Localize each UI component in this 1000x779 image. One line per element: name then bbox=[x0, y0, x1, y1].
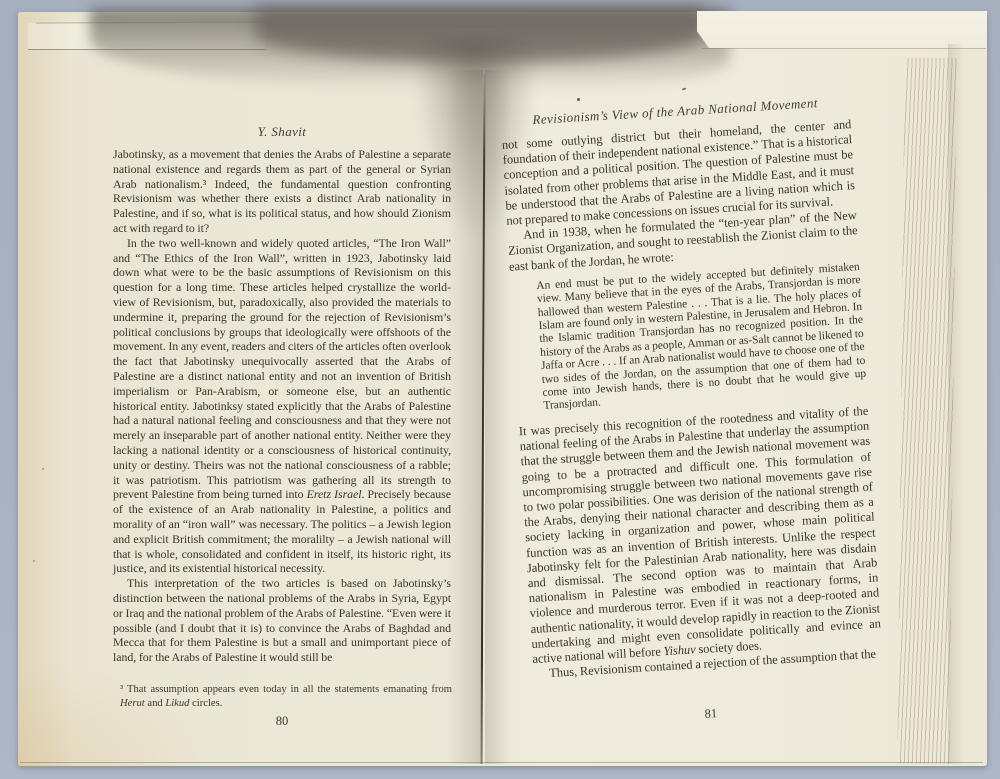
right-outer-edge-shade bbox=[948, 44, 964, 764]
left-page-aged-tint bbox=[18, 12, 73, 766]
footnote: ³ That assumption appears even today in … bbox=[120, 683, 452, 711]
right-page-body: not some outlying district but their hom… bbox=[501, 117, 883, 682]
paragraph: It was precisely this recognition of the… bbox=[518, 404, 882, 668]
left-running-head: Y. Shavit bbox=[113, 124, 451, 140]
block-quotation: An end must be put to the widely accepte… bbox=[536, 261, 867, 414]
ink-speck bbox=[577, 98, 580, 101]
book-scan-background: Y. Shavit Jabotinsky, as a movement that… bbox=[0, 0, 1000, 779]
paragraph: This interpretation of the two articles … bbox=[113, 576, 451, 665]
bottom-page-edge-line bbox=[20, 762, 983, 763]
paragraph: Jabotinsky, as a movement that denies th… bbox=[113, 147, 451, 236]
right-page-number: 81 bbox=[536, 696, 886, 732]
paper-speck bbox=[33, 560, 35, 562]
paper-speck bbox=[42, 468, 44, 470]
top-right-page-edge-shadow bbox=[702, 48, 986, 49]
left-page-body: Jabotinsky, as a movement that denies th… bbox=[113, 147, 451, 665]
gutter-shadow-left bbox=[446, 70, 483, 764]
left-page-number: 80 bbox=[113, 714, 451, 729]
top-right-page-edge bbox=[697, 11, 987, 48]
left-page: Y. Shavit Jabotinsky, as a movement that… bbox=[113, 124, 451, 665]
bottom-left-aged-tint bbox=[18, 660, 218, 766]
right-page: Revisionism’s View of the Arab National … bbox=[500, 93, 888, 763]
paragraph: In the two well-known and widely quoted … bbox=[113, 236, 451, 576]
